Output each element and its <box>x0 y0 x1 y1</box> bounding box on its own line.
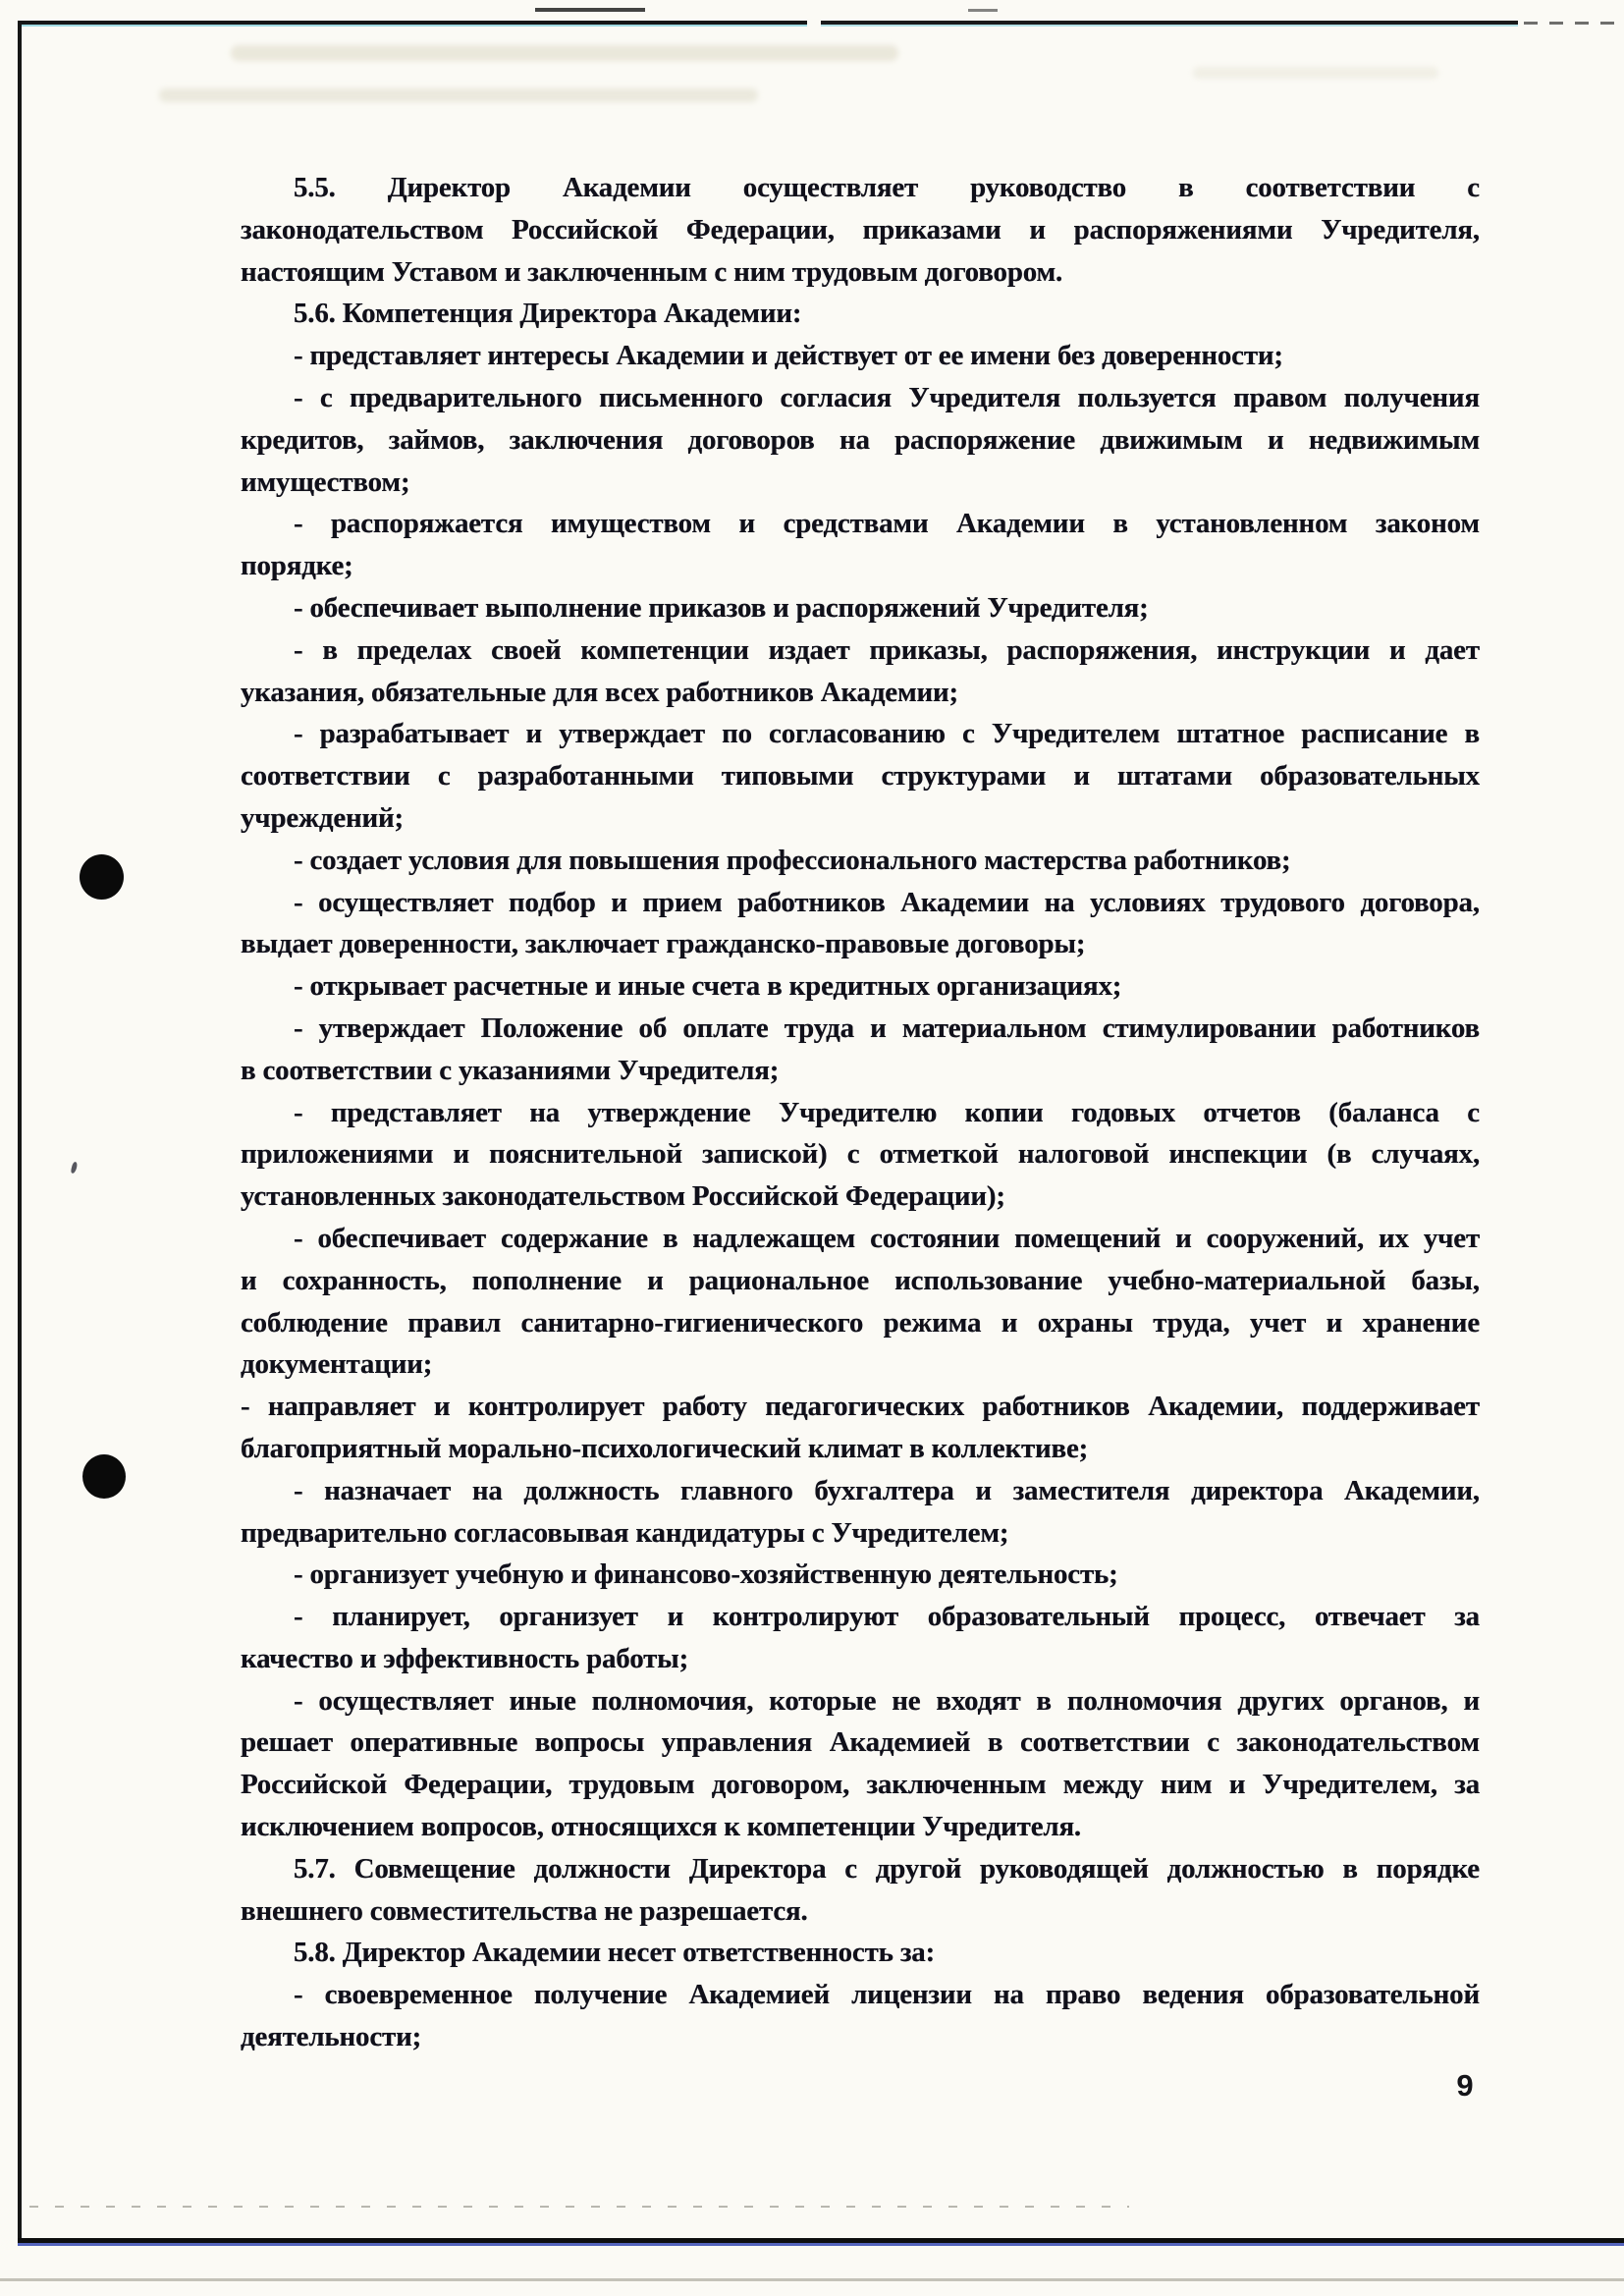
text-line: кредитов,займов,заключениядоговоровнарас… <box>241 419 1480 462</box>
text-line: имуществом; <box>241 462 1480 504</box>
text-line: соответствиисразработаннымитиповымиструк… <box>241 755 1480 797</box>
text-line: - открывает расчетные и иные счета в кре… <box>241 965 1480 1008</box>
frame-border-top <box>18 21 807 25</box>
frame-border-top <box>821 21 1518 25</box>
text-line: в соответствии с указаниями Учредителя; <box>241 1050 1480 1092</box>
text-line: - обеспечивает выполнение приказов и рас… <box>241 587 1480 629</box>
text-line: - организует учебную и финансово-хозяйст… <box>241 1554 1480 1596</box>
hole-punch-mark-bottom <box>82 1454 126 1499</box>
scan-artifact-dash <box>968 9 998 12</box>
text-line: 5.8. Директор Академии несет ответственн… <box>241 1932 1480 1974</box>
page-number: 9 <box>1443 2068 1487 2104</box>
text-line: законодательствомРоссийскойФедерации,при… <box>241 209 1480 251</box>
text-line: -осуществляетподбориприемработниковАкаде… <box>241 882 1480 924</box>
text-line: -впределахсвоейкомпетенциииздаетприказы,… <box>241 629 1480 672</box>
scanned-page: 5.5.ДиректорАкадемииосуществляетруководс… <box>0 0 1624 2296</box>
ghost-print-artifact <box>1193 67 1438 79</box>
text-line: -распоряжаетсяимуществомисредствамиАкаде… <box>241 503 1480 545</box>
text-line: порядке; <box>241 545 1480 587</box>
text-line: качество и эффективность работы; <box>241 1638 1480 1680</box>
text-line: - создает условия для повышения професси… <box>241 840 1480 882</box>
text-line: соблюдениеправилсанитарно-гигиенического… <box>241 1302 1480 1344</box>
text-line: - представляет интересы Академии и дейст… <box>241 335 1480 377</box>
text-line: предварительно согласовывая кандидатуры … <box>241 1512 1480 1555</box>
scan-artifact-dotted-line <box>29 2206 1129 2208</box>
text-line: 5.5.ДиректорАкадемииосуществляетруководс… <box>241 167 1480 209</box>
text-line: 5.6. Компетенция Директора Академии: <box>241 293 1480 335</box>
text-line: настоящим Уставом и заключенным с ним тр… <box>241 251 1480 294</box>
text-line: -направляетиконтролируетработупедагогиче… <box>241 1386 1480 1428</box>
text-line: приложениямиипояснительнойзапиской)сотме… <box>241 1133 1480 1175</box>
hole-punch-mark-top <box>80 854 124 900</box>
text-body: 5.5.ДиректорАкадемииосуществляетруководс… <box>241 167 1480 2058</box>
text-line: -разрабатываетиутверждаетпосогласованиюс… <box>241 713 1480 755</box>
text-line: -представляетнаутверждениеУчредителюкопи… <box>241 1092 1480 1134</box>
text-line: исохранность,пополнениеирациональноеиспо… <box>241 1260 1480 1302</box>
text-line: -назначаетнадолжностьглавногобухгалтераи… <box>241 1470 1480 1512</box>
text-line: указания, обязательные для всех работник… <box>241 672 1480 714</box>
text-line: -своевременноеполучениеАкадемиейлицензии… <box>241 1974 1480 2016</box>
text-line: РоссийскойФедерации,трудовымдоговором,за… <box>241 1764 1480 1806</box>
text-line: документации; <box>241 1343 1480 1386</box>
frame-border-left <box>18 22 22 2243</box>
text-line: -спредварительногописьменногосогласияУчр… <box>241 377 1480 419</box>
text-line: -планирует,организуетиконтролируютобразо… <box>241 1596 1480 1638</box>
ghost-print-artifact <box>231 45 898 61</box>
text-line: учреждений; <box>241 797 1480 840</box>
text-line: выдает доверенности, заключает гражданск… <box>241 923 1480 965</box>
text-line: установленных законодательством Российск… <box>241 1175 1480 1218</box>
ink-speck <box>71 1162 79 1175</box>
text-line: решаетоперативныевопросыуправленияАкадем… <box>241 1722 1480 1764</box>
frame-border-bottom <box>18 2238 1624 2243</box>
text-line: деятельности; <box>241 2016 1480 2058</box>
scan-artifact-gray-line <box>0 2278 1624 2281</box>
text-line: внешнего совместительства не разрешается… <box>241 1890 1480 1933</box>
text-line: благоприятный морально-психологический к… <box>241 1428 1480 1470</box>
frame-border-top-faded <box>1524 22 1624 25</box>
text-line: -утверждаетПоложениеобоплатетрудаиматери… <box>241 1008 1480 1050</box>
scan-artifact-dash <box>535 8 645 12</box>
text-line: -осуществляетиныеполномочия,которыеневхо… <box>241 1680 1480 1722</box>
text-line: 5.7.СовмещениедолжностиДиректорасдругойр… <box>241 1848 1480 1890</box>
text-line: исключением вопросов, относящихся к комп… <box>241 1806 1480 1848</box>
text-line: -обеспечиваетсодержаниевнадлежащемсостоя… <box>241 1218 1480 1260</box>
ghost-print-artifact <box>159 88 758 102</box>
